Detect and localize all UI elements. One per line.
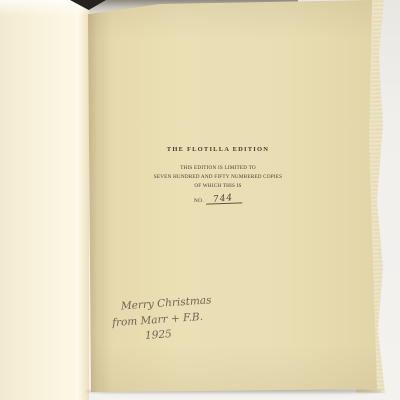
gift-inscription: Merry Christmas from Marr + F.B. 1925 [111, 292, 234, 347]
copy-number-value: 744 [213, 193, 234, 205]
edition-title: THE FLOTILLA EDITION [96, 146, 340, 153]
facing-page [0, 0, 89, 400]
copy-number-underline: 744 [206, 192, 242, 204]
limitation-line: THIS EDITION IS LIMITED TO [96, 164, 340, 173]
limitation-statement: THE FLOTILLA EDITION THIS EDITION IS LIM… [96, 146, 340, 205]
copy-number-row: NO.744 [96, 193, 340, 205]
number-label: NO. [194, 198, 204, 204]
limitation-line: OF WHICH THIS IS [96, 182, 340, 191]
book-photo: THE FLOTILLA EDITION THIS EDITION IS LIM… [0, 0, 400, 400]
limitation-line: SEVEN HUNDRED AND FIFTY NUMBERED COPIES [96, 173, 340, 182]
